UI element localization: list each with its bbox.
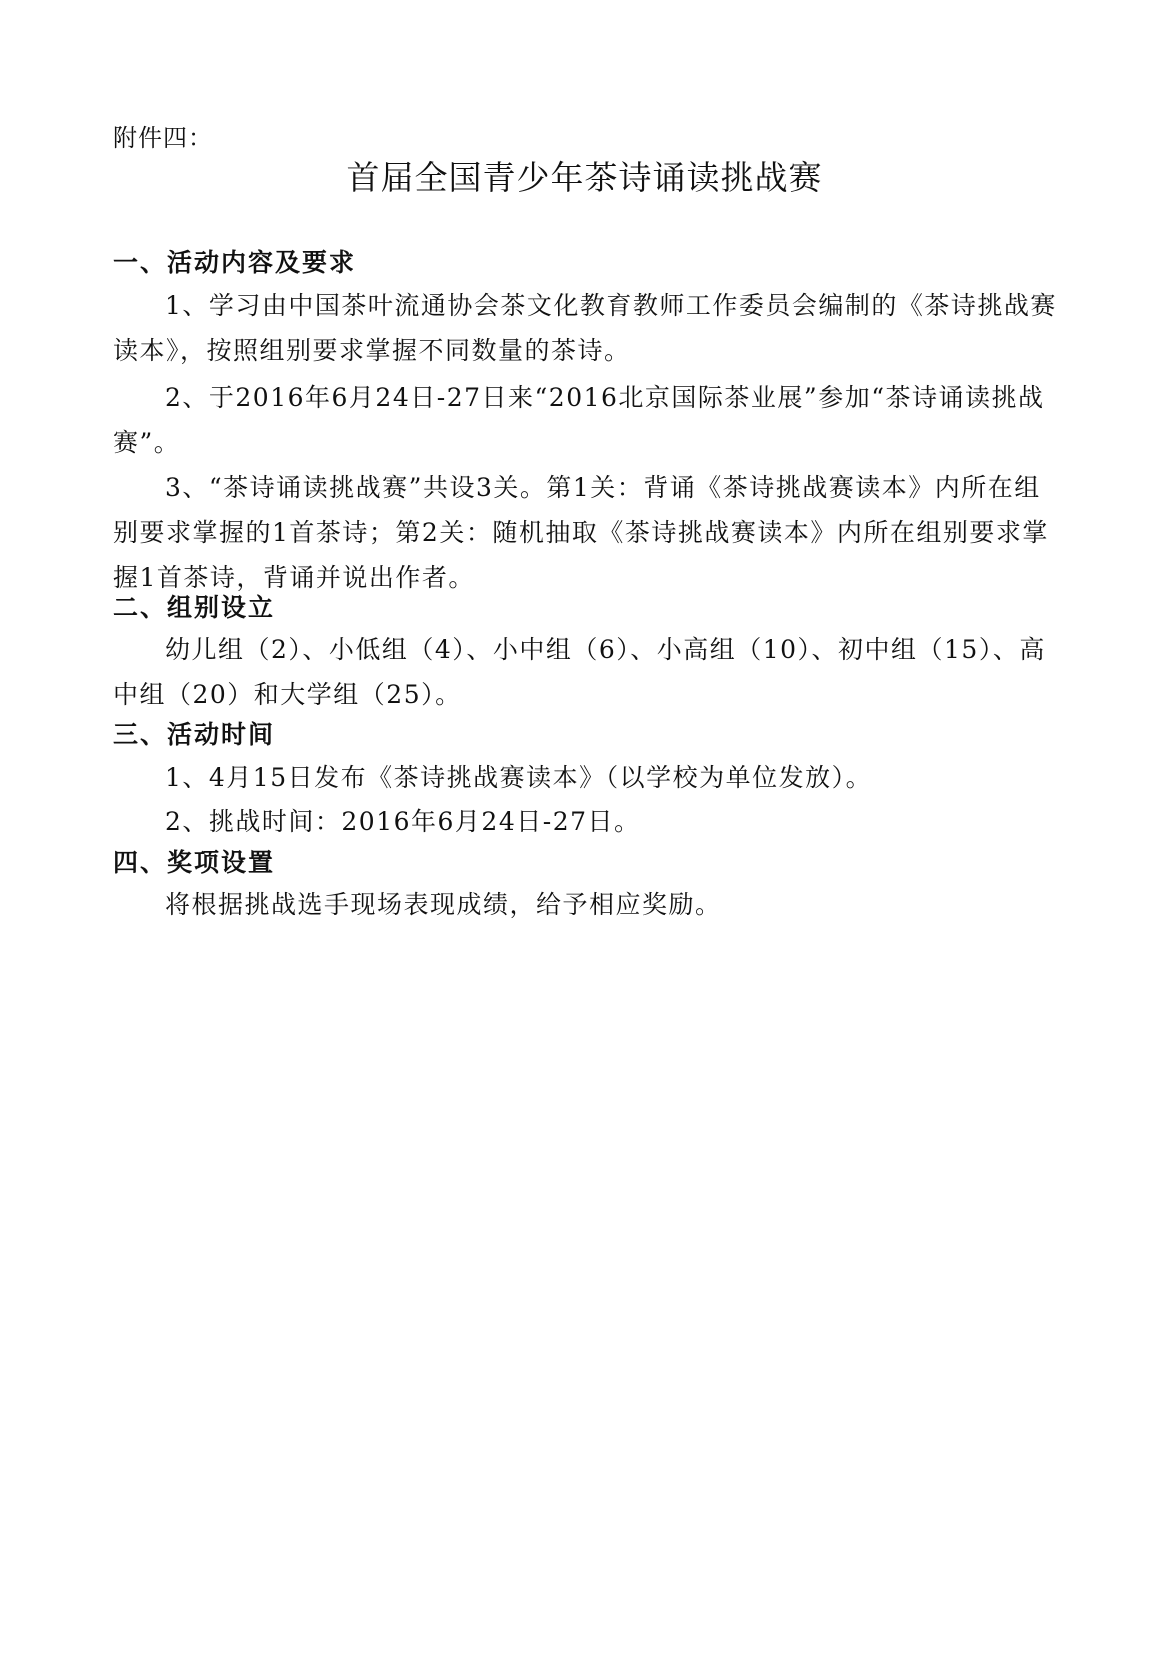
paragraph-time-1: 1、4月15日发布《茶诗挑战赛读本》（以学校为单位发放）。 — [113, 755, 1063, 800]
section-heading-content: 一、活动内容及要求 — [113, 243, 356, 279]
paragraph-item-2: 2、于2016年6月24日-27日来“2016北京国际茶业展”参加“茶诗诵读挑战… — [113, 375, 1063, 465]
annex-label: 附件四： — [113, 118, 213, 153]
paragraph-time-2: 2、挑战时间：2016年6月24日-27日。 — [113, 799, 1063, 844]
document-title: 首届全国青少年茶诗诵读挑战赛 — [0, 152, 1169, 199]
paragraph-groups: 幼儿组（2）、小低组（4）、小中组（6）、小高组（10）、初中组（15）、高中组… — [113, 627, 1063, 717]
section-heading-time: 三、活动时间 — [113, 715, 275, 751]
paragraph-item-3: 3、“茶诗诵读挑战赛”共设3关。第1关：背诵《茶诗挑战赛读本》内所在组别要求掌握… — [113, 465, 1063, 600]
paragraph-item-1: 1、学习由中国茶叶流通协会茶文化教育教师工作委员会编制的《茶诗挑战赛读本》，按照… — [113, 283, 1063, 373]
section-heading-awards: 四、奖项设置 — [113, 843, 275, 879]
paragraph-awards: 将根据挑战选手现场表现成绩，给予相应奖励。 — [113, 882, 1063, 927]
document-page: 附件四： 首届全国青少年茶诗诵读挑战赛 一、活动内容及要求 1、学习由中国茶叶流… — [0, 0, 1169, 1653]
section-heading-groups: 二、组别设立 — [113, 588, 275, 624]
